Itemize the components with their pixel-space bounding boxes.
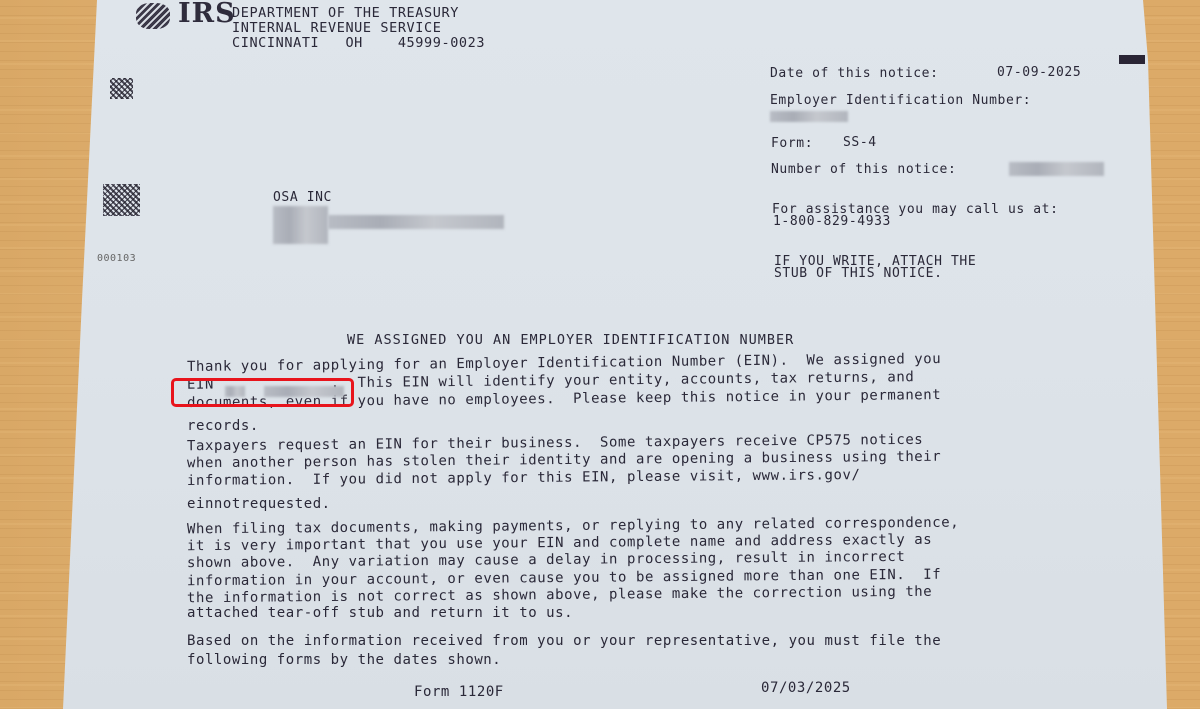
addressee-address-redacted bbox=[273, 206, 328, 244]
form-value: SS-4 bbox=[843, 135, 877, 150]
agency-line-3: CINCINNATI OH 45999-0023 bbox=[232, 36, 485, 51]
2d-barcode-large-icon bbox=[103, 184, 140, 216]
notice-number-redacted bbox=[1009, 162, 1104, 176]
irs-logo-text: IRS bbox=[178, 0, 236, 29]
ein-value-redacted bbox=[770, 111, 848, 122]
notice-date-label: Date of this notice: bbox=[770, 66, 939, 81]
agency-line-2: INTERNAL REVENUE SERVICE bbox=[232, 21, 441, 36]
addressee-address-redacted-2 bbox=[328, 215, 504, 229]
paragraph-4-line-1: Based on the information received from y… bbox=[187, 633, 941, 649]
2d-barcode-small-icon bbox=[110, 78, 133, 99]
mail-code: 000103 bbox=[97, 253, 136, 264]
notice-date-value: 07-09-2025 bbox=[997, 65, 1081, 80]
paragraph-4-line-2: following forms by the dates shown. bbox=[187, 652, 501, 668]
addressee-name: OSA INC bbox=[273, 190, 332, 205]
agency-line-1: DEPARTMENT OF THE TREASURY bbox=[232, 6, 459, 21]
filing-form-name: Form 1120F bbox=[414, 684, 504, 700]
filing-due-date: 07/03/2025 bbox=[761, 680, 851, 696]
irs-notice-paper: IRS DEPARTMENT OF THE TREASURY INTERNAL … bbox=[0, 0, 1200, 709]
assistance-phone: 1-800-829-4933 bbox=[773, 214, 891, 229]
ein-highlight-box bbox=[171, 378, 354, 407]
notice-title: WE ASSIGNED YOU AN EMPLOYER IDENTIFICATI… bbox=[347, 332, 794, 348]
notice-number-label: Number of this notice: bbox=[771, 162, 956, 177]
paragraph-1-line-4: records. bbox=[187, 418, 259, 434]
form-label: Form: bbox=[771, 136, 813, 151]
paper-edge-mark bbox=[1119, 55, 1145, 64]
irs-eagle-icon bbox=[136, 3, 170, 29]
paragraph-3-line-6: attached tear-off stub and return it to … bbox=[187, 605, 573, 621]
write-instruction-line-2: STUB OF THIS NOTICE. bbox=[774, 266, 943, 281]
ein-label: Employer Identification Number: bbox=[770, 93, 1031, 108]
paragraph-2-line-4: einnotrequested. bbox=[187, 496, 331, 512]
